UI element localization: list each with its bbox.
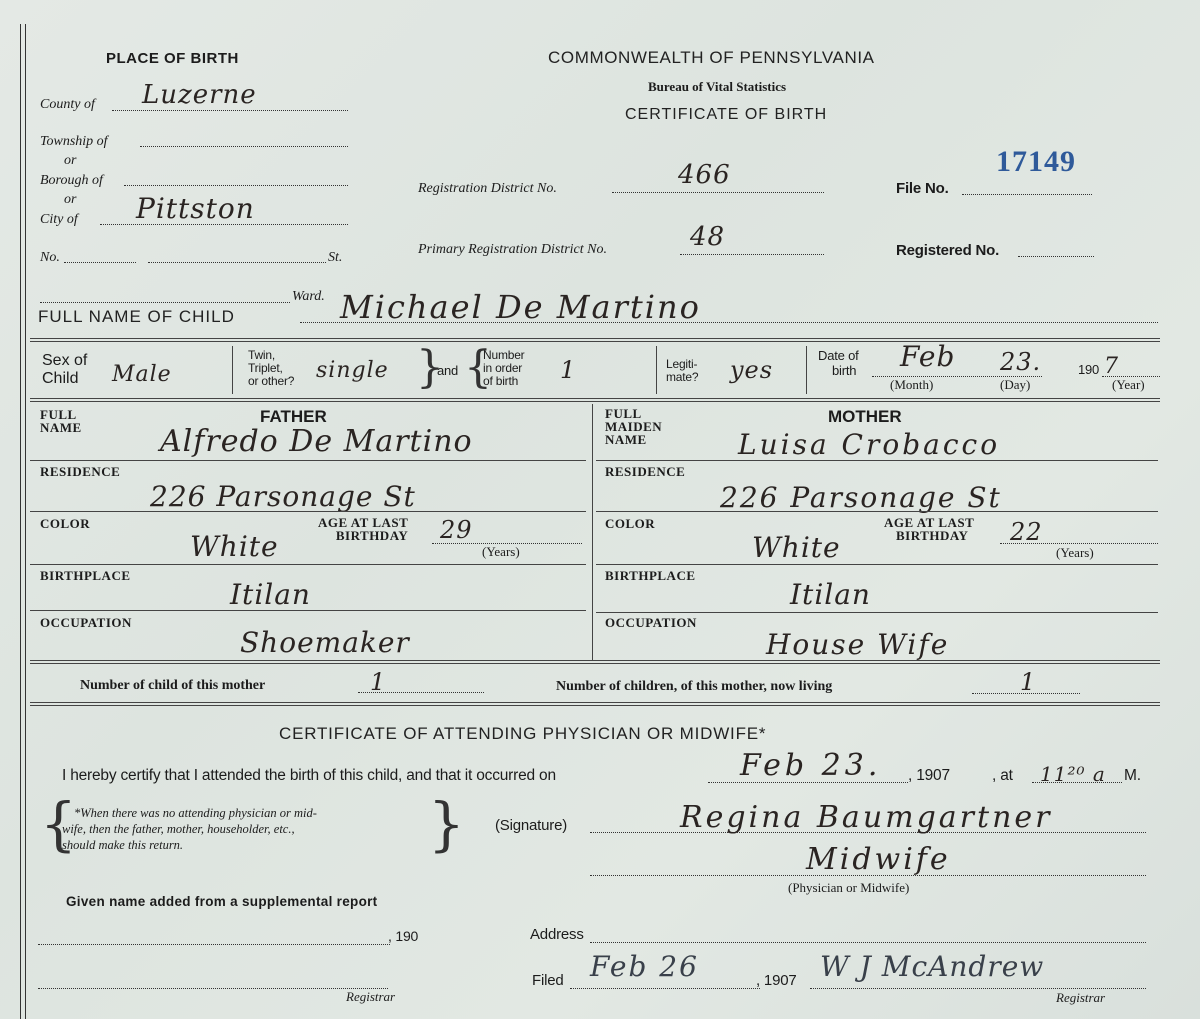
mother-residence-value[interactable]: 226 Parsonage St xyxy=(720,481,1002,514)
registered-number-label: Registered No. xyxy=(896,242,999,259)
filed-year: , 1907 xyxy=(756,972,797,989)
signature-label: (Signature) xyxy=(495,817,567,834)
dob-year-value[interactable]: 7 xyxy=(1104,354,1119,379)
filed-date-line xyxy=(570,988,760,989)
month-caption: (Month) xyxy=(890,377,933,393)
registrar-caption: Registrar xyxy=(1056,990,1105,1006)
registration-district-label: Registration District No. xyxy=(418,181,557,197)
street-number-line[interactable] xyxy=(64,262,136,263)
divider xyxy=(656,346,657,394)
bureau-title: Bureau of Vital Statistics xyxy=(648,79,786,95)
issuer-title: COMMONWEALTH OF PENNSYLVANIA xyxy=(548,48,875,68)
father-age-label: AGE AT LAST BIRTHDAY xyxy=(318,516,408,542)
time-value[interactable]: 11²⁰ a xyxy=(1040,762,1106,786)
supplemental-registrar-line[interactable] xyxy=(38,988,388,989)
father-name-label-line-2: NAME xyxy=(40,421,82,434)
dob-year-prefix: 190 xyxy=(1078,362,1099,377)
city-value[interactable]: Pittston xyxy=(136,192,255,225)
child-number-label: Number of child of this mother xyxy=(80,678,265,694)
registrar-signature[interactable]: W J McAndrew xyxy=(820,950,1044,983)
father-name-value[interactable]: Alfredo De Martino xyxy=(160,424,473,459)
dob-day-value[interactable]: 23. xyxy=(1000,348,1041,376)
mother-occupation-label: OCCUPATION xyxy=(605,615,697,631)
sex-label-line-2: Child xyxy=(42,370,87,388)
primary-district-line xyxy=(680,254,824,255)
midwife-note: *When there was no attending physician o… xyxy=(62,805,317,853)
birth-order-value[interactable]: 1 xyxy=(560,356,576,384)
attendant-heading: CERTIFICATE OF ATTENDING PHYSICIAN OR MI… xyxy=(279,724,766,744)
child-row-top-rule xyxy=(30,338,1160,342)
dob-label: Date of birth xyxy=(818,348,859,378)
mother-years-caption: (Years) xyxy=(1056,545,1094,561)
midwife-note-line-1: *When there was no attending physician o… xyxy=(62,805,317,821)
father-occupation-value[interactable]: Shoemaker xyxy=(240,626,410,659)
borough-label: Borough of xyxy=(40,173,103,189)
divider xyxy=(232,346,233,394)
twin-value[interactable]: single xyxy=(316,358,389,383)
supplemental-year-prefix: , 190 xyxy=(388,928,418,944)
father-color-label: COLOR xyxy=(40,516,90,532)
or-label-1: or xyxy=(64,153,76,169)
at-label: , at xyxy=(992,767,1013,785)
occurred-date-value[interactable]: Feb 23. xyxy=(740,748,881,783)
filed-label: Filed xyxy=(532,972,564,989)
county-line xyxy=(112,110,348,111)
living-children-value[interactable]: 1 xyxy=(1020,668,1036,696)
legitimate-value[interactable]: yes xyxy=(730,356,773,384)
mother-birthplace-label: BIRTHPLACE xyxy=(605,568,696,584)
mother-name-label: FULL MAIDEN NAME xyxy=(605,407,662,446)
father-birthplace-label: BIRTHPLACE xyxy=(40,568,131,584)
rule xyxy=(30,460,586,461)
father-birthplace-value[interactable]: Itilan xyxy=(230,578,311,611)
rule xyxy=(596,612,1158,613)
township-line[interactable] xyxy=(140,146,348,147)
occurred-year: , 1907 xyxy=(908,767,950,785)
city-label: City of xyxy=(40,212,78,228)
registered-number-line[interactable] xyxy=(1018,256,1094,257)
child-name-value[interactable]: Michael De Martino xyxy=(340,288,701,326)
rule xyxy=(596,460,1158,461)
mother-occupation-value[interactable]: House Wife xyxy=(766,628,949,661)
sex-label-line-1: Sex of xyxy=(42,352,87,370)
borough-line[interactable] xyxy=(124,185,348,186)
father-occupation-label: OCCUPATION xyxy=(40,615,132,631)
certify-text: I hereby certify that I attended the bir… xyxy=(62,767,556,785)
filed-date-value[interactable]: Feb 26 xyxy=(590,950,699,983)
legitimate-label-line-2: mate? xyxy=(666,371,698,384)
parents-top-rule xyxy=(30,398,1160,402)
meridiem-label: M. xyxy=(1124,767,1141,785)
father-age-value[interactable]: 29 xyxy=(440,516,473,544)
birth-order-label: Number in order of birth xyxy=(483,349,524,388)
registration-district-value[interactable]: 466 xyxy=(678,160,731,190)
child-number-value[interactable]: 1 xyxy=(370,668,386,696)
rule xyxy=(30,511,586,512)
birth-order-label-line-3: of birth xyxy=(483,375,524,388)
divider xyxy=(806,346,807,394)
primary-district-label: Primary Registration District No. xyxy=(418,242,607,258)
township-label: Township of xyxy=(40,134,108,150)
legitimate-label: Legiti- mate? xyxy=(666,358,698,384)
twin-label: Twin, Triplet, or other? xyxy=(248,349,294,388)
address-label: Address xyxy=(530,926,584,943)
counts-top-rule xyxy=(30,660,1160,664)
rule xyxy=(596,511,1158,512)
father-years-caption: (Years) xyxy=(482,544,520,560)
day-caption: (Day) xyxy=(1000,377,1030,393)
mother-color-label: COLOR xyxy=(605,516,655,532)
father-residence-value[interactable]: 226 Parsonage St xyxy=(150,480,416,513)
midwife-note-line-2: wife, then the father, mother, household… xyxy=(62,821,317,837)
signature-value[interactable]: Regina Baumgartner xyxy=(680,800,1053,835)
file-number-stamp: 17149 xyxy=(996,145,1076,179)
parents-divider xyxy=(592,404,593,660)
and-label: and xyxy=(437,363,458,378)
sex-value[interactable]: Male xyxy=(112,362,172,387)
county-label: County of xyxy=(40,97,95,113)
place-of-birth-heading: PLACE OF BIRTH xyxy=(106,50,239,67)
rule xyxy=(596,564,1158,565)
mother-residence-label: RESIDENCE xyxy=(605,464,685,480)
left-border xyxy=(20,24,26,1019)
sex-label: Sex of Child xyxy=(42,352,87,388)
mother-color-value[interactable]: White xyxy=(752,531,841,564)
mother-age-label-line-2: BIRTHDAY xyxy=(884,529,974,542)
file-number-label: File No. xyxy=(896,180,949,197)
year-caption: (Year) xyxy=(1112,377,1145,393)
street-name-line[interactable] xyxy=(148,262,326,263)
role-caption: (Physician or Midwife) xyxy=(788,880,909,896)
father-color-value[interactable]: White xyxy=(190,530,279,563)
file-number-line xyxy=(962,194,1092,195)
dob-label-line-2: birth xyxy=(818,363,859,378)
living-children-label: Number of children, of this mother, now … xyxy=(556,679,832,695)
rule xyxy=(30,564,586,565)
supplemental-heading: Given name added from a supplemental rep… xyxy=(66,894,377,909)
father-name-label: FULL NAME xyxy=(40,408,82,434)
father-residence-label: RESIDENCE xyxy=(40,464,120,480)
dob-label-line-1: Date of xyxy=(818,348,859,363)
mother-birthplace-value[interactable]: Itilan xyxy=(790,578,871,611)
attendant-top-rule xyxy=(30,702,1160,706)
ward-line[interactable] xyxy=(40,302,290,303)
registration-district-line xyxy=(612,192,824,193)
rule xyxy=(30,610,586,611)
ward-label: Ward. xyxy=(292,289,325,305)
address-line[interactable] xyxy=(590,942,1146,943)
mother-name-value[interactable]: Luisa Crobacco xyxy=(738,428,1000,461)
mother-name-label-line-3: NAME xyxy=(605,433,662,446)
child-name-label: FULL NAME OF CHILD xyxy=(38,307,235,327)
registrar-signature-line xyxy=(810,988,1146,989)
twin-label-line-3: or other? xyxy=(248,375,294,388)
mother-age-label: AGE AT LAST BIRTHDAY xyxy=(884,516,974,542)
certificate-title: CERTIFICATE OF BIRTH xyxy=(625,106,827,124)
street-number-label: No. xyxy=(40,250,60,266)
midwife-note-line-3: should make this return. xyxy=(62,837,317,853)
father-age-label-line-2: BIRTHDAY xyxy=(318,529,408,542)
role-value[interactable]: Midwife xyxy=(806,842,951,877)
supplemental-name-line[interactable] xyxy=(38,944,390,945)
mother-heading: MOTHER xyxy=(828,407,902,427)
mother-age-value[interactable]: 22 xyxy=(1010,518,1043,546)
supplemental-registrar-caption: Registrar xyxy=(346,989,395,1005)
right-brace-icon: } xyxy=(428,796,465,852)
street-label: St. xyxy=(328,250,342,266)
county-value[interactable]: Luzerne xyxy=(142,80,257,110)
or-label-2: or xyxy=(64,192,76,208)
dob-month-value[interactable]: Feb xyxy=(900,340,955,373)
primary-district-value[interactable]: 48 xyxy=(690,222,725,252)
